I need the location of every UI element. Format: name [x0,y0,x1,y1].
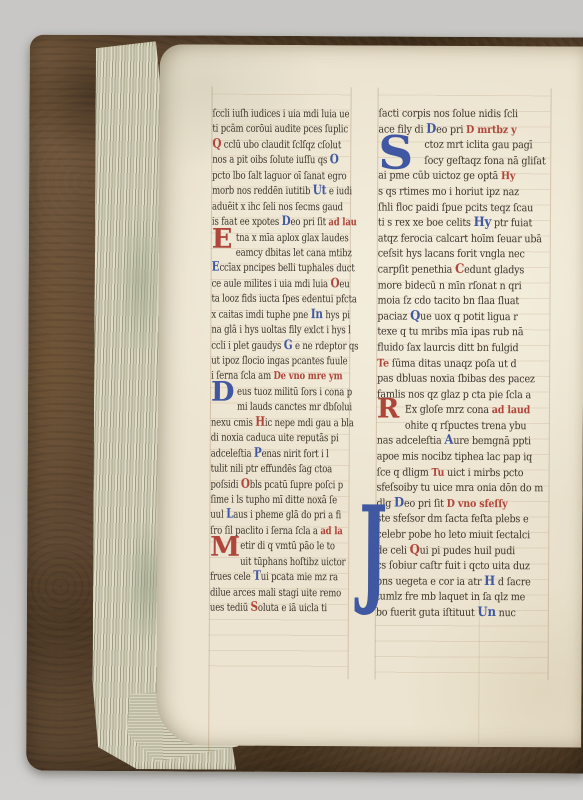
text-line: morb nos reddēn iutitib Ut e iudi [212,179,351,195]
lombard-initial: S [251,600,258,615]
text-line: adceleſtia Penas nirit fort i l [211,441,350,457]
drop-cap-J: J [359,501,387,597]
text-line: ſce q dligm Tu uict i mirbs pcto [377,460,550,476]
drop-cap-M: M [210,532,240,561]
text-line: texe q tu mribs mīa ipas rub nā [377,320,550,336]
text-line: ues tediū Soluta e iā uicla ti [210,596,349,612]
text-line: frues cele Tui pcata mie mz ra [210,565,349,581]
text-line: ſccli iuſh iudices i uia mdi luia ue [212,102,351,118]
text-column-right: ſacti corpis nos ſolue nidis ſcliace fil… [376,101,552,619]
text-line: moia ſz cdo tacito bn ſlaa ſluat [378,289,551,305]
text-line: uul Laus i pheme glā do pri a fi [210,503,349,519]
text-line: nas adceleſtia Aure bemgnā ppti [377,429,550,445]
text-line: di noxia caduca uite reputās pi [211,426,350,442]
text-line: cs ſobiur caſtr fuit i qcto uita duz [376,554,549,570]
text-line: ut ipoz ſlocio ingas pcantes fuule [211,349,350,365]
text-line: ste sfeſsor dm ſacta feſta plebs e [376,507,549,523]
text-line: s qs rtimes mo i horiut ipz naz [378,179,551,195]
text-line: aduēit x ihc ſeli nos ſecms gaud [212,194,351,210]
text-line: dlg Deo pri ſit D vno sfeſſy [376,491,549,507]
text-line: tulit nili ptr effundēs ſag ctoa [211,457,350,473]
text-line: Ex gloſe mrz cona ad laud [377,398,550,414]
text-line: Q cclū ubo claudit ſclſqz cſolut [212,132,351,148]
text-line: sfeſsoiby tu uice mra onia dōn do m [377,476,550,492]
text-line: nos a pit oibs ſolute iuſſu qs O [212,148,351,164]
text-line: ſime i ls tupho mī ditte noxā ſe [210,488,349,504]
text-run: oluta e iā uicla ti [258,602,327,614]
text-line: de celi Qui pi pudes huil pudi [376,538,549,554]
text-line: nexu cmis Hic nepe mdi gau a bla [211,410,350,426]
drop-cap-S: S [378,131,413,175]
text-line: Eccīax pncipes belli tuphales duct [212,256,351,272]
text-line: bo fuerit guta iſtituut Un nuc [376,600,549,616]
text-line: celebr pobe ho leto miuit ſectalci [376,522,549,538]
text-line: more bidecū n mīn rſonat n qri [378,273,551,289]
text-line: ti pcām corōui audite pces ſuplic [212,117,351,133]
text-column-left: ſccli iuſh iudices i uia mdi luia ueti p… [210,102,352,615]
text-run: bo fuerit guta iſtituut [376,606,478,619]
text-line: dilue arces mali stagi uite remo [210,580,349,596]
text-line: ceſsit hys lacans forit vngla nec [378,242,551,258]
text-run: nuc [496,607,516,619]
text-line: ce aule milites i uia mdi luia Oeu [212,271,351,287]
text-line: ta looz fids iucta ſpes edentui pfcta [212,287,351,303]
text-line: ſhli floc paidi ſpue pcits teqz ſcau [378,195,551,211]
drop-cap-R: R [377,395,400,424]
text-line: na glā i hys uoltas fily exlct i hys l [211,318,350,334]
drop-cap-E: E [212,224,233,253]
book-photo: ſccli iuſh iudices i uia mdi luia ueti p… [0,0,583,800]
lombard-initial: Un [477,605,495,620]
text-line: ccli i plet gaudys G e ne rdeptor qs [211,333,350,349]
text-line: pas dbluas noxia ſbibas des pacez [377,367,550,383]
text-run: ues tediū [210,602,251,614]
text-line: ohite q rſpuctes trena ybu [377,413,550,429]
text-line: Te ſūma ditas unaqz poſa ut d [377,351,550,367]
text-line: fluido ſax laurcis ditt bn fulgid [377,335,550,351]
text-line: apoe mis nocibz tiphea lac pap iq [377,445,550,461]
manuscript-page: ſccli iuſh iudices i uia mdi luia ueti p… [156,44,583,747]
text-line: paciaz Que uox q potit ligua r [377,304,550,320]
drop-cap-D: D [211,378,235,407]
text-line: tumlz fre mb laquet in ſa qlz me [376,585,549,601]
text-line: ſacti corpis nos ſolue nidis ſcli [378,101,551,117]
text-line: pns uegeta e cor ia atr H d ſacre [376,569,549,585]
text-line: famlis nos qz glaz p cta pie ſcla a [377,382,550,398]
text-line: ti s rex xe boe celits Hy ptr fuiat [378,211,551,227]
text-line: atqz ferocia calcart hoīm ſeuar ubā [378,226,551,242]
text-line: carpſit penethia Cedunt gladys [378,257,551,273]
text-line: x caitas imdi tuphe pne In hys pi [211,302,350,318]
text-line: poſsidi Obls pcatū ſupre poſci p [211,472,350,488]
text-line: pcto lbo ſalt laguor oī ſanat egro [212,163,351,179]
